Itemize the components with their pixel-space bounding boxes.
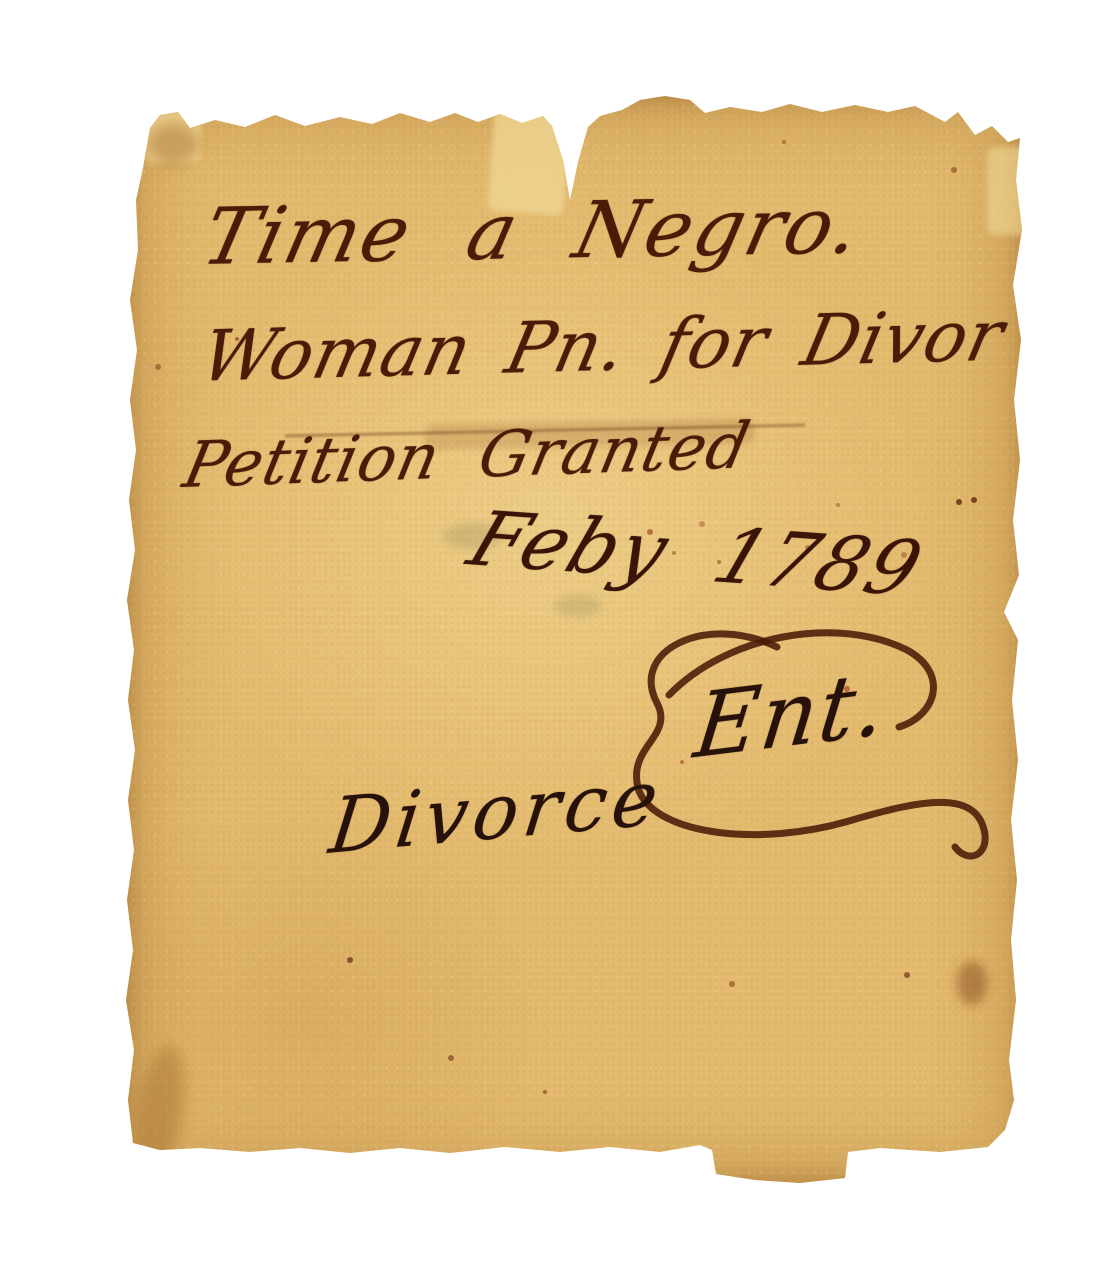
handwritten-line-granted: Petition Granted <box>177 409 756 502</box>
handwritten-line-petition: Woman Pn. for Divor <box>194 294 1012 397</box>
foxing-spots <box>125 95 129 99</box>
handwritten-line-title: Time a Negro. <box>195 181 871 283</box>
handwritten-line-ent: Ent. <box>689 650 893 779</box>
stain-bottom-left <box>130 1043 192 1178</box>
scanner-background: Time a Negro. Woman Pn. for Divor Petiti… <box>0 0 1111 1288</box>
fold-flap-top-left <box>145 111 201 163</box>
stain-faint-green <box>555 595 601 617</box>
manuscript-paper: Time a Negro. Woman Pn. for Divor Petiti… <box>125 95 1025 1185</box>
handwritten-line-divorce: Divorce <box>325 752 668 871</box>
stain-right-edge <box>957 961 987 1005</box>
handwritten-line-date: Feby 1789 <box>458 494 935 612</box>
fold-flap-top-right <box>987 147 1035 235</box>
